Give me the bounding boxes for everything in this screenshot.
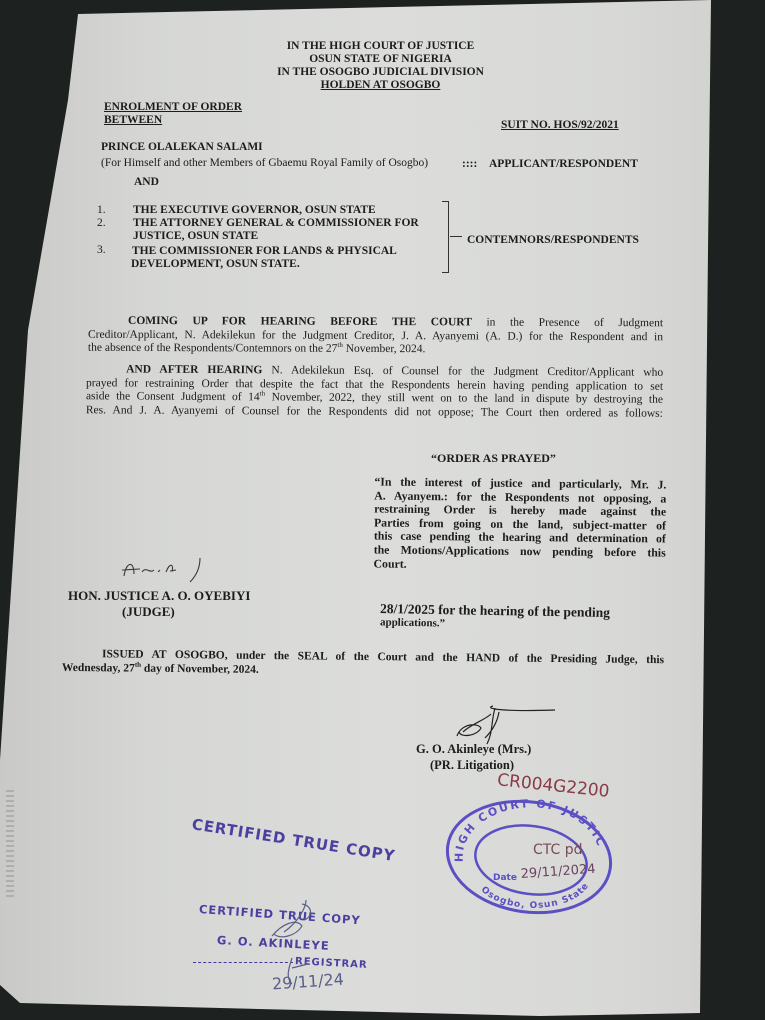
issued-lead: ISSUED AT OSOGBO, — [102, 648, 228, 661]
registrar-name: G. O. Akinleye (Mrs.) — [416, 742, 531, 757]
court-header-line3: IN THE OSOGBO JUDICIAL DIVISION — [0, 66, 763, 79]
court-header-line1: IN THE HIGH COURT OF JUSTICE — [0, 40, 763, 53]
court-header-line2: OSUN STATE OF NIGERIA — [0, 53, 763, 66]
court-header-line4: HOLDEN AT OSOGBO — [0, 79, 763, 92]
paragraph-coming-up: COMING UP FOR HEARING BEFORE THE COURT i… — [88, 315, 663, 358]
para2-lead: AND AFTER HEARING — [126, 363, 262, 376]
respondent-3-line2: DEVELOPMENT, OSUN STATE. — [131, 258, 300, 272]
order-text: “In the interest of justice and particul… — [374, 475, 667, 573]
judge-title: (JUDGE) — [122, 604, 175, 620]
and-label: AND — [134, 176, 159, 190]
respondent-2-line1: THE ATTORNEY GENERAL & COMMISSIONER FOR — [133, 217, 419, 231]
respondent-3-line1: THE COMMISSIONER FOR LANDS & PHYSICAL — [132, 245, 397, 259]
between-label: BETWEEN — [104, 114, 162, 128]
suit-number: SUIT NO. HOS/92/2021 — [501, 119, 619, 133]
judge-name: HON. JUSTICE A. O. OYEBIYI — [68, 588, 250, 604]
enrolment-title: ENROLMENT OF ORDER — [104, 101, 242, 115]
paragraph-after-hearing: AND AFTER HEARING N. Adekilekun Esq. of … — [86, 363, 663, 421]
respondents-brace — [442, 201, 449, 273]
registrar-signature — [455, 702, 565, 747]
respondent-1-line1: THE EXECUTIVE GOVERNOR, OSUN STATE — [133, 204, 376, 218]
respondent-2-line2: JUSTICE, OSUN STATE — [133, 230, 258, 244]
order-heading: “ORDER AS PRAYED” — [431, 452, 556, 466]
applicant-role: APPLICANT/RESPONDENT — [489, 158, 638, 172]
respondent-number: 1. — [97, 204, 106, 218]
para1-lead: COMING UP FOR HEARING BEFORE THE COURT — [128, 315, 472, 329]
judge-signature — [118, 552, 213, 584]
applicant-description: (For Himself and other Members of Gbaemu… — [101, 157, 428, 171]
court-seal: HIGH COURT OF JUSTICE Osogbo, Osun State… — [441, 792, 616, 917]
seal-inner-note: CTC pd — [533, 842, 583, 858]
respondent-number: 2. — [97, 217, 106, 231]
respondents-role: CONTEMNORS/RESPONDENTS — [467, 234, 639, 248]
brace-tick — [450, 236, 462, 237]
seal-date-label: Date — [493, 873, 517, 883]
applicant-separator: :::: — [462, 158, 477, 172]
applicant-name: PRINCE OLALEKAN SALAMI — [101, 141, 263, 155]
adjournment-line2: applications.” — [380, 616, 445, 629]
respondent-number: 3. — [97, 244, 106, 258]
seal-date-value: 29/11/2024 — [520, 862, 596, 882]
edge-shadow — [6, 790, 14, 900]
